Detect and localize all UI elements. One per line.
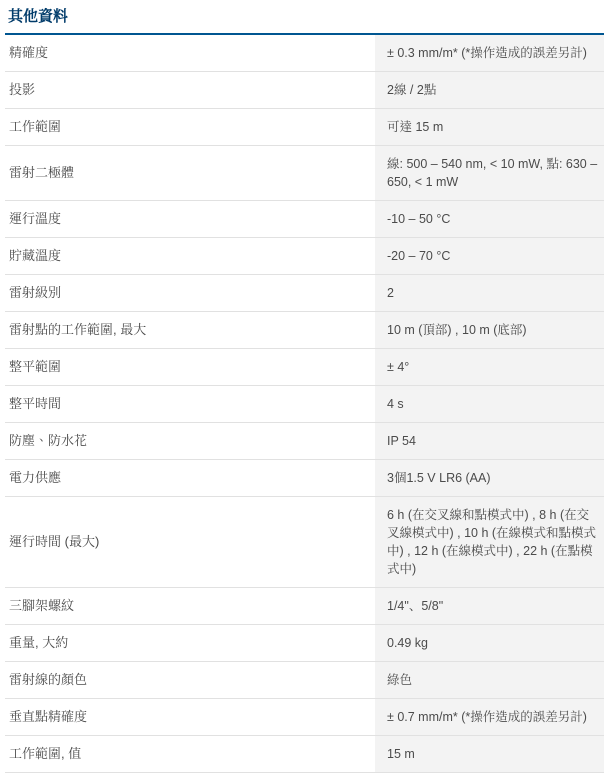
spec-label: 工作範圍, 值 xyxy=(5,736,375,773)
spec-label: 工作範圍 xyxy=(5,109,375,146)
spec-label: 運行時間 (最大) xyxy=(5,497,375,588)
spec-label: 垂直點精確度 xyxy=(5,699,375,736)
spec-value: 綠色 xyxy=(375,662,604,699)
spec-value: 可達 15 m xyxy=(375,109,604,146)
table-row: 雷射點的工作範圍, 最大 10 m (頂部) , 10 m (底部) xyxy=(5,312,604,349)
spec-value: 2線 / 2點 xyxy=(375,72,604,109)
spec-table: 精確度 ± 0.3 mm/m* (*操作造成的誤差另計) 投影 2線 / 2點 … xyxy=(5,35,604,773)
table-row: 工作範圍, 值 15 m xyxy=(5,736,604,773)
spec-value: -10 – 50 °C xyxy=(375,201,604,238)
spec-label: 電力供應 xyxy=(5,460,375,497)
spec-value: ± 4° xyxy=(375,349,604,386)
spec-label: 雷射線的顏色 xyxy=(5,662,375,699)
table-row: 電力供應 3個1.5 V LR6 (AA) xyxy=(5,460,604,497)
spec-value: 4 s xyxy=(375,386,604,423)
table-row: 雷射二極體 線: 500 – 540 nm, < 10 mW, 點: 630 –… xyxy=(5,146,604,201)
table-row: 精確度 ± 0.3 mm/m* (*操作造成的誤差另計) xyxy=(5,35,604,72)
spec-label: 雷射級別 xyxy=(5,275,375,312)
table-row: 運行時間 (最大) 6 h (在交叉線和點模式中) , 8 h (在交叉線模式中… xyxy=(5,497,604,588)
spec-value: ± 0.3 mm/m* (*操作造成的誤差另計) xyxy=(375,35,604,72)
spec-label: 整平範圍 xyxy=(5,349,375,386)
table-row: 重量, 大約 0.49 kg xyxy=(5,625,604,662)
spec-table-body: 精確度 ± 0.3 mm/m* (*操作造成的誤差另計) 投影 2線 / 2點 … xyxy=(5,35,604,773)
spec-value: 6 h (在交叉線和點模式中) , 8 h (在交叉線模式中) , 10 h (… xyxy=(375,497,604,588)
spec-value: 2 xyxy=(375,275,604,312)
spec-label: 運行溫度 xyxy=(5,201,375,238)
spec-value: 0.49 kg xyxy=(375,625,604,662)
spec-label: 整平時間 xyxy=(5,386,375,423)
spec-value: 3個1.5 V LR6 (AA) xyxy=(375,460,604,497)
table-row: 貯藏溫度 -20 – 70 °C xyxy=(5,238,604,275)
table-row: 投影 2線 / 2點 xyxy=(5,72,604,109)
spec-label: 雷射點的工作範圍, 最大 xyxy=(5,312,375,349)
spec-value: 10 m (頂部) , 10 m (底部) xyxy=(375,312,604,349)
table-row: 雷射級別 2 xyxy=(5,275,604,312)
spec-label: 投影 xyxy=(5,72,375,109)
spec-label: 精確度 xyxy=(5,35,375,72)
table-row: 整平時間 4 s xyxy=(5,386,604,423)
spec-value: 線: 500 – 540 nm, < 10 mW, 點: 630 – 650, … xyxy=(375,146,604,201)
spec-label: 雷射二極體 xyxy=(5,146,375,201)
spec-value: 15 m xyxy=(375,736,604,773)
spec-value: -20 – 70 °C xyxy=(375,238,604,275)
spec-label: 防塵、防水花 xyxy=(5,423,375,460)
table-row: 三腳架螺紋 1/4"、5/8" xyxy=(5,588,604,625)
table-row: 工作範圍 可達 15 m xyxy=(5,109,604,146)
spec-value: ± 0.7 mm/m* (*操作造成的誤差另計) xyxy=(375,699,604,736)
table-row: 垂直點精確度 ± 0.7 mm/m* (*操作造成的誤差另計) xyxy=(5,699,604,736)
section-title: 其他資料 xyxy=(5,0,604,26)
spec-value: 1/4"、5/8" xyxy=(375,588,604,625)
table-row: 運行溫度 -10 – 50 °C xyxy=(5,201,604,238)
spec-label: 貯藏溫度 xyxy=(5,238,375,275)
table-row: 防塵、防水花 IP 54 xyxy=(5,423,604,460)
spec-label: 重量, 大約 xyxy=(5,625,375,662)
spec-label: 三腳架螺紋 xyxy=(5,588,375,625)
spec-section: 其他資料 精確度 ± 0.3 mm/m* (*操作造成的誤差另計) 投影 2線 … xyxy=(0,0,604,773)
table-row: 雷射線的顏色 綠色 xyxy=(5,662,604,699)
table-row: 整平範圍 ± 4° xyxy=(5,349,604,386)
spec-value: IP 54 xyxy=(375,423,604,460)
